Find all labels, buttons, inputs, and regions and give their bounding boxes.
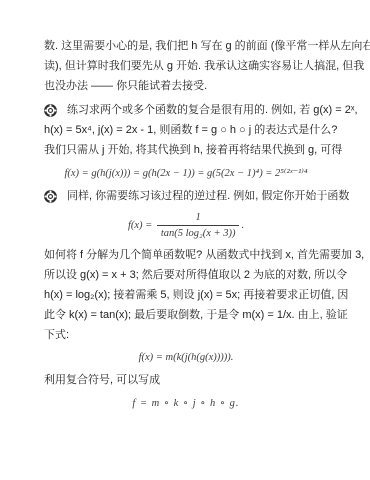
text-line: 数. 这里需要小心的是, 我们把 h 写在 g 的前面 (像平常一样从左向右 bbox=[44, 36, 328, 56]
formula-suffix: . bbox=[241, 220, 244, 231]
formula-nested-composition: f(x) = m(k(j(h(g(x))))). bbox=[44, 352, 328, 363]
fraction-denominator: tan(5 log₂(x + 3)) bbox=[157, 226, 240, 240]
text-line-with-icon: 同样, 你需要练习该过程的逆过程. 例如, 假定你开始于函数 bbox=[44, 186, 328, 206]
text-line: 读), 但计算时我们要先从 g 开始. 我承认这确实容易让人搞混, 但我 bbox=[44, 56, 328, 76]
formula-reciprocal-tan: f(x) = 1 tan(5 log₂(x + 3)) . bbox=[44, 211, 328, 240]
formula-lhs: f(x) = bbox=[128, 220, 152, 231]
formula-composition-symbols: f = m ∘ k ∘ j ∘ h ∘ g. bbox=[44, 397, 328, 409]
text-line: 同样, 你需要练习该过程的逆过程. 例如, 假定你开始于函数 bbox=[67, 186, 349, 206]
text-line: 我们只需从 j 开始, 将其代换到 h, 接着再将结果代换到 g, 可得 bbox=[44, 140, 328, 160]
text-line: h(x) = 5x⁴, j(x) = 2x - 1, 则函数 f = g ○ h… bbox=[44, 120, 328, 140]
text-line: 练习求两个或多个函数的复合是很有用的. 例如, 若 g(x) = 2ˣ, bbox=[67, 100, 358, 120]
film-reel-icon bbox=[44, 104, 57, 117]
text-line-with-icon: 练习求两个或多个函数的复合是很有用的. 例如, 若 g(x) = 2ˣ, bbox=[44, 100, 328, 120]
text-line: h(x) = log₂(x); 接着需乘 5, 则设 j(x) = 5x; 再接… bbox=[44, 285, 328, 305]
text-line: 下式: bbox=[44, 325, 328, 345]
paragraph-composition-order: 数. 这里需要小心的是, 我们把 h 写在 g 的前面 (像平常一样从左向右 读… bbox=[44, 36, 328, 96]
text-line: 也没办法 —— 你只能试着去接受. bbox=[44, 76, 328, 96]
paragraph-decomposition-steps: 如何将 f 分解为几个简单函数呢? 从函数式中找到 x, 首先需要加 3, 所以… bbox=[44, 245, 328, 345]
fraction: 1 tan(5 log₂(x + 3)) bbox=[157, 211, 240, 240]
fraction-numerator: 1 bbox=[157, 211, 240, 226]
film-reel-icon bbox=[44, 190, 57, 203]
text-line: 利用复合符号, 可以写成 bbox=[44, 370, 328, 390]
text-line: 此令 k(x) = tan(x); 最后要取倒数, 于是令 m(x) = 1/x… bbox=[44, 305, 328, 325]
text-line: 所以设 g(x) = x + 3; 然后要对所得值取以 2 为底的对数, 所以令 bbox=[44, 265, 328, 285]
paragraph-decomposition-intro: 同样, 你需要练习该过程的逆过程. 例如, 假定你开始于函数 bbox=[44, 186, 328, 206]
book-page: 数. 这里需要小心的是, 我们把 h 写在 g 的前面 (像平常一样从左向右 读… bbox=[44, 36, 328, 416]
paragraph-composition-practice: 练习求两个或多个函数的复合是很有用的. 例如, 若 g(x) = 2ˣ, h(x… bbox=[44, 100, 328, 160]
paragraph-composition-notation-intro: 利用复合符号, 可以写成 bbox=[44, 370, 328, 390]
text-line: 如何将 f 分解为几个简单函数呢? 从函数式中找到 x, 首先需要加 3, bbox=[44, 245, 328, 265]
formula-composed-function: f(x) = g(h(j(x))) = g(h(2x − 1)) = g(5(2… bbox=[44, 167, 328, 179]
